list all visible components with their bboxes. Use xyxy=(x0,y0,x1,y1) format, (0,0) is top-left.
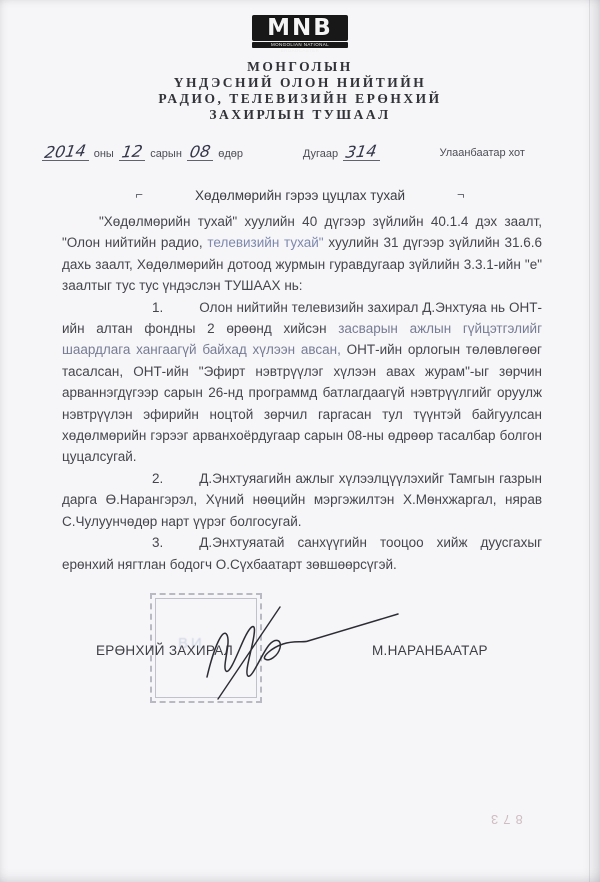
signer-name: М.НАРАНБААТАР xyxy=(372,643,488,658)
city-label: Улаанбаатар хот xyxy=(439,147,525,161)
org-header-line-1: МОНГОЛЫН xyxy=(0,59,600,75)
handwritten-month: 12 xyxy=(121,143,144,159)
mnb-logo: MNB MONGOLIAN NATIONAL BROADCASTER xyxy=(252,15,348,48)
month-label: сарын xyxy=(150,148,182,161)
order-item-1: 1.Олон нийтийн телевизийн захирал Д.Энхт… xyxy=(62,297,542,468)
handwritten-year: 2014 xyxy=(44,143,88,160)
order-item-2: 2.Д.Энхтуяагийн ажлыг хүлээлцүүлэхийг Та… xyxy=(62,468,542,532)
preamble-paragraph: "Хөдөлмөрийн тухай" хуулийн 40 дүгээр зү… xyxy=(62,211,542,297)
subject-row: ⌐ Хөдөлмөрийн гэрээ цуцлах тухай ¬ xyxy=(0,188,600,203)
handwritten-day: 08 xyxy=(189,143,212,159)
subject-title: Хөдөлмөрийн гэрээ цуцлах тухай xyxy=(195,188,405,203)
number-slot: 314 xyxy=(343,144,380,161)
organization-header: МОНГОЛЫН ҮНДЭСНИЙ ОЛОН НИЙТИЙН РАДИО, ТЕ… xyxy=(0,59,600,123)
org-header-line-2: ҮНДЭСНИЙ ОЛОН НИЙТИЙН xyxy=(0,75,600,91)
item-3-number: 3. xyxy=(107,532,163,553)
date-fields: 2014 оны 12 сарын 08 өдөр xyxy=(42,144,243,161)
day-field: 08 xyxy=(187,144,213,161)
mnb-logo-tagline: MONGOLIAN NATIONAL BROADCASTER xyxy=(252,42,348,48)
dateline: 2014 оны 12 сарын 08 өдөр Дугаар 314 Ула… xyxy=(0,137,600,161)
number-label: Дугаар xyxy=(303,148,338,161)
org-header-line-3: РАДИО, ТЕЛЕВИЗИЙН ЕРӨНХИЙ xyxy=(0,91,600,107)
corner-bracket-left-icon: ⌐ xyxy=(135,188,143,202)
corner-bracket-right-icon: ¬ xyxy=(457,188,465,202)
year-field: 2014 xyxy=(42,144,89,161)
scan-edge-artifact xyxy=(589,0,590,882)
item-2-number: 2. xyxy=(107,468,163,489)
scanned-order-document: MNB MONGOLIAN NATIONAL BROADCASTER МОНГО… xyxy=(0,0,600,882)
document-body: "Хөдөлмөрийн тухай" хуулийн 40 дүгээр зү… xyxy=(0,203,600,575)
order-item-3: 3.Д.Энхтуяатай санхүүгийн тооцоо хийж ду… xyxy=(62,532,542,575)
day-label: өдөр xyxy=(218,148,243,161)
org-header-line-4: ЗАХИРЛЫН ТУШААЛ xyxy=(0,107,600,123)
preamble-text-highlight: телевизийн тухай" xyxy=(207,235,323,250)
item-1-number: 1. xyxy=(107,297,163,318)
month-field: 12 xyxy=(119,144,145,161)
archival-page-number: 873 xyxy=(486,812,523,827)
document-number-field: Дугаар 314 xyxy=(303,144,380,161)
handwritten-number: 314 xyxy=(345,143,378,160)
year-label: оны xyxy=(94,148,114,161)
mnb-logo-text: MNB xyxy=(252,15,348,41)
item-1-text-b: ОНТ-ийн орлогын төлөвлөгөөг тасалсан, ОН… xyxy=(62,342,542,464)
signature-block: ВИ ЕРӨНХИЙ ЗАХИРАЛ М.НАРАНБААТАР xyxy=(0,591,600,761)
